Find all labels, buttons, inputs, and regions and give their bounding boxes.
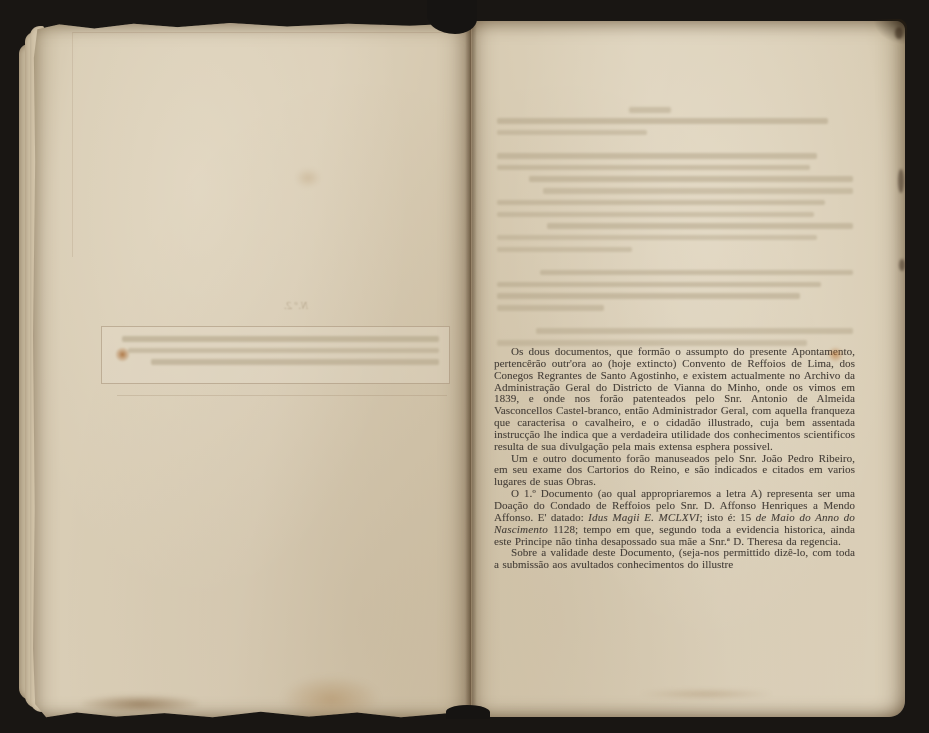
paper-stain	[115, 347, 130, 362]
book-scan: N.º 2. Os dous documentos, que formão o …	[0, 0, 929, 733]
showthrough-rule	[117, 395, 447, 396]
printed-text-block: Os dous documentos, que formão o assumpt…	[494, 347, 855, 572]
showthrough-line	[497, 165, 810, 171]
paragraph: Sobre a validade deste Documento, (seja-…	[494, 548, 855, 572]
showthrough-line	[497, 235, 817, 241]
showthrough-line	[497, 200, 825, 206]
paper-stain	[641, 689, 771, 699]
showthrough-line	[128, 348, 439, 354]
showthrough-line	[497, 247, 632, 253]
paragraph: Um e outro documento forão manuseados pe…	[494, 454, 855, 490]
spine-notch	[446, 705, 490, 719]
showthrough-slip-box	[101, 326, 450, 384]
edge-speck	[899, 259, 905, 271]
paragraph: Os dous documentos, que formão o assumpt…	[494, 347, 855, 454]
showthrough-number-label: N.º 2.	[241, 300, 351, 312]
showthrough-line	[536, 328, 853, 334]
showthrough-page-number	[629, 107, 671, 113]
showthrough-line	[151, 359, 439, 365]
paragraph: O 1.º Documento (ao qual appropriaremos …	[494, 489, 855, 548]
showthrough-line	[497, 212, 814, 218]
edge-speck	[895, 27, 903, 39]
paper-stain	[81, 695, 199, 713]
showthrough-line	[540, 270, 853, 276]
showthrough-line	[497, 282, 821, 288]
showthrough-line	[543, 188, 853, 194]
showthrough-line	[497, 305, 604, 311]
facing-page-impression	[72, 32, 455, 257]
showthrough-line	[497, 153, 817, 159]
right-page: Os dous documentos, que formão o assumpt…	[471, 21, 905, 717]
showthrough-line	[497, 130, 647, 136]
showthrough-line	[497, 317, 853, 323]
paper-stain	[281, 675, 381, 723]
left-page: N.º 2.	[33, 23, 471, 718]
showthrough-line	[497, 258, 853, 264]
showthrough-line	[547, 223, 853, 229]
showthrough-line	[497, 141, 853, 147]
edge-speck	[898, 169, 904, 193]
showthrough-line	[497, 340, 807, 346]
showthrough-line	[497, 118, 828, 124]
paper-stain	[827, 347, 844, 362]
showthrough-line	[529, 176, 853, 182]
showthrough-line	[497, 293, 800, 299]
showthrough-line	[122, 336, 439, 342]
paper-stain	[295, 168, 321, 188]
book-gutter	[465, 21, 477, 718]
gutter-crease	[470, 24, 471, 714]
showthrough-text-block	[497, 118, 853, 352]
